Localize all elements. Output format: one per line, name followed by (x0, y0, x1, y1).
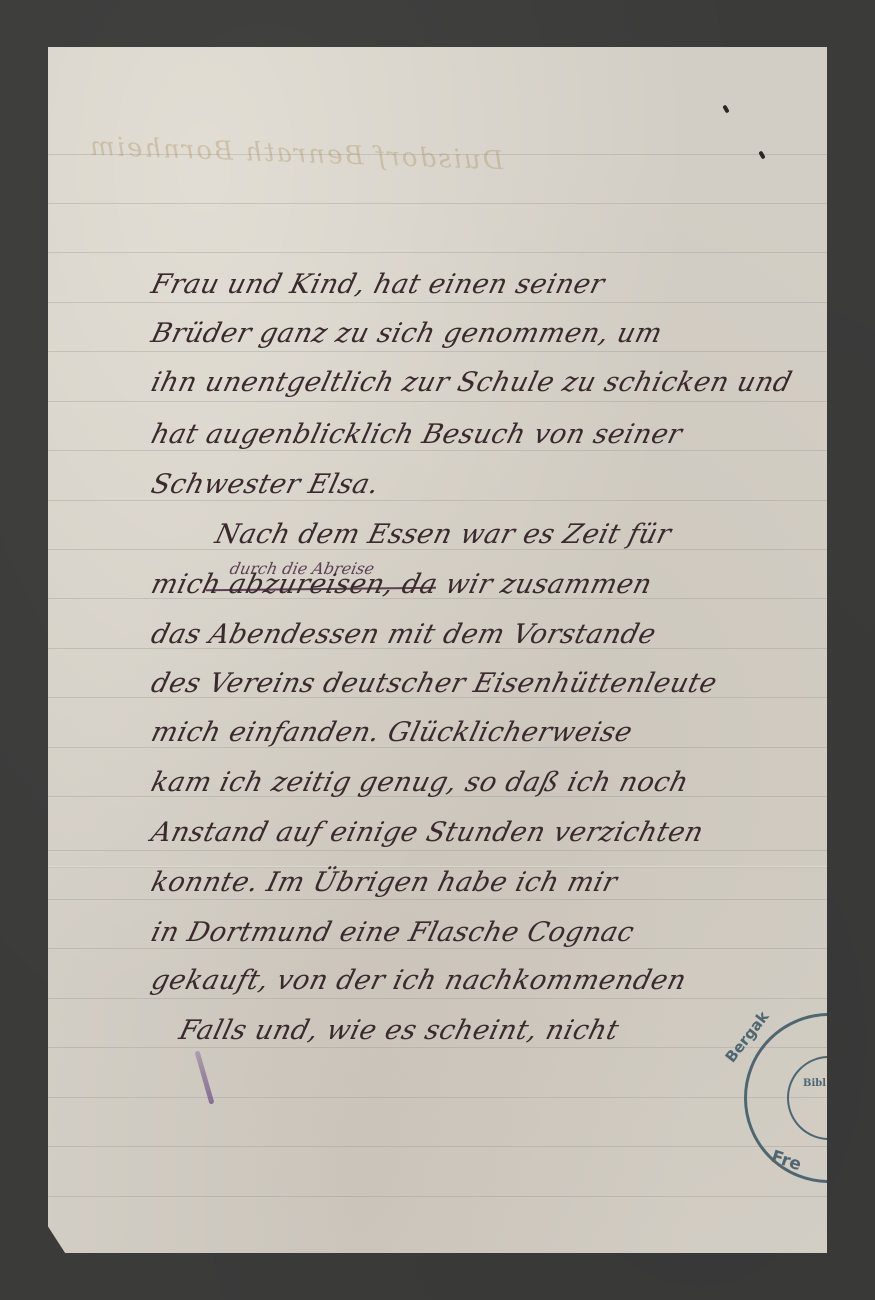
ruled-line (48, 1146, 827, 1147)
ruled-line (48, 1097, 827, 1098)
ruled-line (48, 203, 827, 204)
ruled-line (48, 998, 827, 999)
stamp-top-text: Bergak (722, 1008, 773, 1066)
paper-damage-spot (758, 151, 765, 160)
handwritten-line: kam ich zeitig genug, so daß ich noch (148, 767, 692, 798)
ruled-line (48, 1047, 827, 1048)
library-stamp: Bergak Bibl Fre (744, 1013, 827, 1183)
stamp-bottom-text: Fre (769, 1147, 804, 1175)
ruled-line (48, 351, 827, 352)
stamp-center-text: Bibl (803, 1078, 826, 1089)
ruled-line (48, 450, 827, 451)
paper-damage-spot (722, 105, 729, 114)
handwritten-line: hat augenblicklich Besuch von seiner (148, 419, 686, 450)
bleed-through-text: Duisdorf Benrath Bornheim (88, 132, 504, 176)
handwritten-line: in Dortmund eine Flasche Cognac (148, 917, 638, 948)
ruled-line (48, 401, 827, 402)
handwritten-line: mich abzureisen, da wir zusammen (148, 569, 655, 600)
handwritten-line: gekauft, von der ich nachkommenden (148, 965, 690, 996)
handwritten-line: Nach dem Essen war es Zeit für (212, 519, 675, 550)
handwritten-line: Falls und, wie es scheint, nicht (176, 1015, 622, 1046)
handwritten-line: Schwester Elsa. (148, 469, 382, 500)
handwritten-line: Frau und Kind, hat einen seiner (148, 269, 608, 300)
letter-page: Duisdorf Benrath Bornheim Frau und Kind,… (48, 47, 827, 1253)
handwritten-line: des Vereins deutscher Eisenhüttenleute (148, 668, 720, 699)
ruled-line (48, 252, 827, 253)
ruled-line (48, 948, 827, 949)
handwritten-line: Anstand auf einige Stunden verzichten (148, 817, 707, 848)
ruled-line (48, 302, 827, 303)
ruled-line (48, 899, 827, 900)
handwritten-line: konnte. Im Übrigen habe ich mir (148, 867, 620, 898)
ruled-line (48, 1196, 827, 1197)
handwritten-line: mich einfanden. Glücklicherweise (148, 717, 636, 748)
stamp-inner-ring (787, 1056, 827, 1140)
handwritten-line: das Abendessen mit dem Vorstande (148, 619, 659, 650)
ruled-line (48, 850, 827, 851)
handwritten-line: Brüder ganz zu sich genommen, um (148, 318, 666, 349)
handwritten-line: ihn unentgeltlich zur Schule zu schicken… (148, 367, 795, 398)
ruled-line (48, 500, 827, 501)
